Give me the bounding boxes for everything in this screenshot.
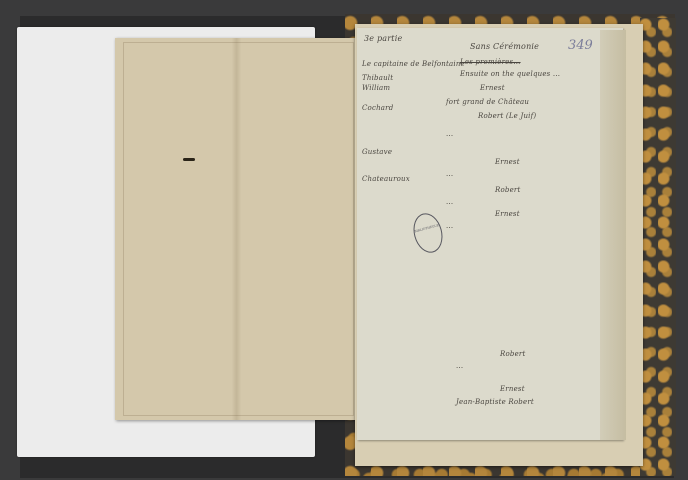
- margin-note: 3e partie: [364, 34, 402, 43]
- manuscript-line: ...: [446, 130, 453, 138]
- manuscript-line: Ernest: [495, 210, 520, 218]
- manuscript-line: fort grand de Château: [446, 98, 529, 106]
- manuscript-line: Robert (Le Juif): [478, 112, 536, 120]
- manuscript-line: Ernest: [495, 158, 520, 166]
- manuscript-line: Sans Cérémonie: [470, 42, 539, 51]
- manuscript-line: Robert: [500, 350, 525, 358]
- margin-note: William: [362, 84, 390, 92]
- marbled-cover-edge: [640, 18, 676, 476]
- margin-note: Gustave: [362, 148, 392, 156]
- ink-mark: [183, 158, 195, 161]
- manuscript-line: ...: [446, 198, 453, 206]
- manuscript-line: Ensuite on the quelques ...: [460, 70, 560, 78]
- manuscript-line: ...: [456, 362, 463, 370]
- margin-note: Cochard: [362, 104, 393, 112]
- manuscript-line: Robert: [495, 186, 520, 194]
- manuscript-line: Les premières...: [460, 58, 521, 66]
- folded-document: [115, 38, 358, 420]
- manuscript-line: ...: [446, 170, 453, 178]
- margin-note: Thibault: [362, 74, 393, 82]
- manuscript-line: ...: [446, 222, 453, 230]
- margin-note: Le capitaine de Belfontaine: [362, 60, 465, 68]
- page-edge: [600, 30, 626, 440]
- manuscript-line: Ernest: [480, 84, 505, 92]
- margin-note: Chateauroux: [362, 175, 410, 183]
- manuscript-line: Ernest: [500, 385, 525, 393]
- folio-number: 349: [568, 38, 593, 53]
- manuscript-line: Jean-Baptiste Robert: [456, 398, 534, 406]
